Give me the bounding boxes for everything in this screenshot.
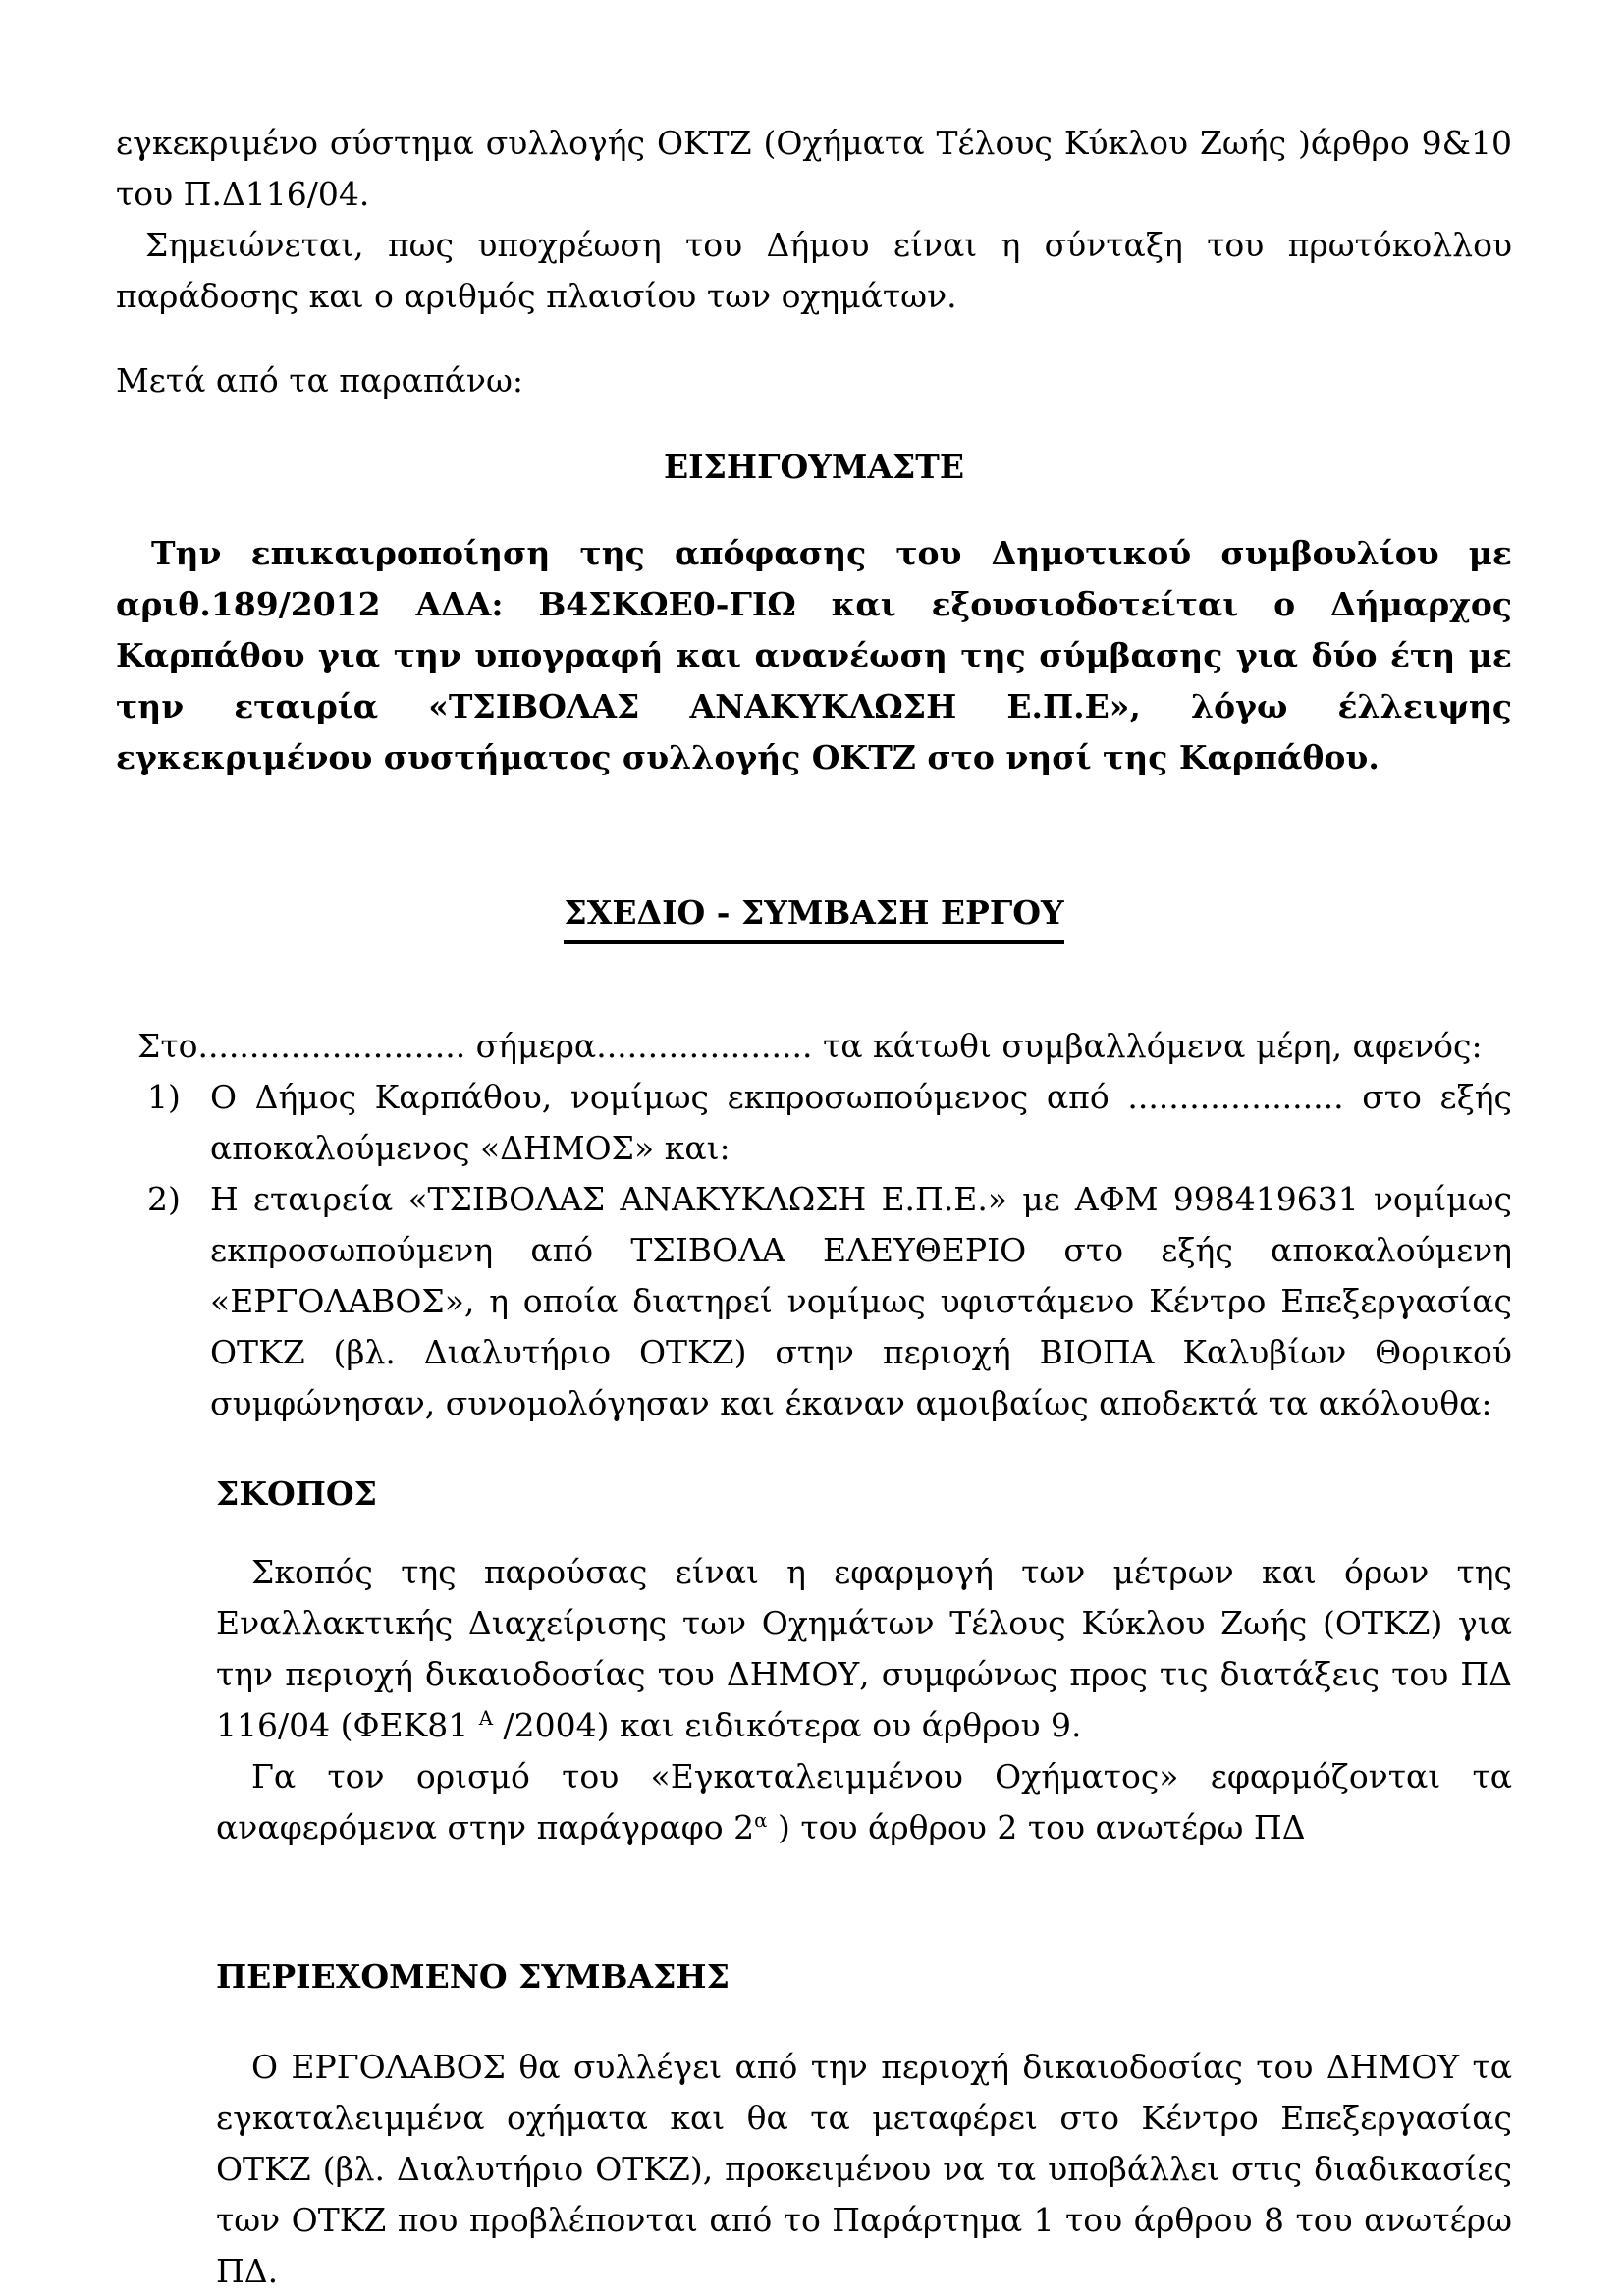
- document-page: εγκεκριμένο σύστημα συλλογής ΟΚΤΖ (Οχήμα…: [0, 0, 1624, 2296]
- paragraph-recommendation-body: Την επικαιροποίηση της απόφασης του Δημο…: [116, 528, 1512, 783]
- page-content: εγκεκριμένο σύστημα συλλογής ΟΚΤΖ (Οχήμα…: [0, 0, 1624, 2296]
- contract-parties-list: 1) Ο Δήμος Καρπάθου, νομίμως εκπροσωπούμ…: [116, 1072, 1512, 1429]
- definition-text-after-superscript: ) του άρθρου 2 του ανωτέρω ΠΔ: [767, 1808, 1305, 1846]
- paragraph-after-the-above: Μετά από τα παραπάνω:: [116, 355, 1512, 406]
- paragraph-contract-preamble: Στο.......................... σήμερα....…: [116, 1021, 1512, 1072]
- list-item: 1) Ο Δήμος Καρπάθου, νομίμως εκπροσωπούμ…: [147, 1072, 1512, 1174]
- contract-body-section: ΣΚΟΠΟΣ Σκοπός της παρούσας είναι η εφαρμ…: [216, 1468, 1512, 2296]
- heading-contract-contents: ΠΕΡΙΕΧΟΜΕΝΟ ΣΥΜΒΑΣΗΣ: [216, 1951, 1512, 2002]
- contract-title-underlined-text: ΣΧΕΔΙΟ - ΣΥΜΒΑΣΗ ΕΡΓΟΥ: [564, 887, 1063, 944]
- skopos-text-after-superscript: /2004) και ειδικότερα ου άρθρου 9.: [493, 1706, 1081, 1744]
- heading-skopos: ΣΚΟΠΟΣ: [216, 1468, 1512, 1520]
- paragraph-contractor-obligations: Ο ΕΡΓΟΛΑΒΟΣ θα συλλέγει από την περιοχή …: [216, 2042, 1512, 2296]
- superscript-fek-issue: Α: [479, 1707, 493, 1730]
- list-item-text: Ο Δήμος Καρπάθου, νομίμως εκπροσωπούμενο…: [210, 1072, 1512, 1174]
- paragraph-note-protocol: Σημειώνεται, πως υποχρέωση του Δήμου είν…: [116, 220, 1512, 322]
- paragraph-intro-continuation: εγκεκριμένο σύστημα συλλογής ΟΚΤΖ (Οχήμα…: [116, 118, 1512, 220]
- list-item-number: 2): [147, 1174, 210, 1429]
- list-item-text: Η εταιρεία «ΤΣΙΒΟΛΑΣ ΑΝΑΚΥΚΛΩΣΗ Ε.Π.Ε.» …: [210, 1174, 1512, 1429]
- list-item-number: 1): [147, 1072, 210, 1174]
- superscript-paragraph-letter: α: [754, 1809, 767, 1832]
- paragraph-skopos-purpose: Σκοπός της παρούσας είναι η εφαρμογή των…: [216, 1547, 1512, 1751]
- paragraph-abandoned-vehicle-definition: Γα τον ορισμό του «Εγκαταλειμμένου Οχήμα…: [216, 1751, 1512, 1853]
- heading-recommendation: ΕΙΣΗΓΟΥΜΑΣΤΕ: [116, 442, 1512, 493]
- list-item: 2) Η εταιρεία «ΤΣΙΒΟΛΑΣ ΑΝΑΚΥΚΛΩΣΗ Ε.Π.Ε…: [147, 1174, 1512, 1429]
- heading-contract-draft-title: ΣΧΕΔΙΟ - ΣΥΜΒΑΣΗ ΕΡΓΟΥ: [116, 887, 1512, 944]
